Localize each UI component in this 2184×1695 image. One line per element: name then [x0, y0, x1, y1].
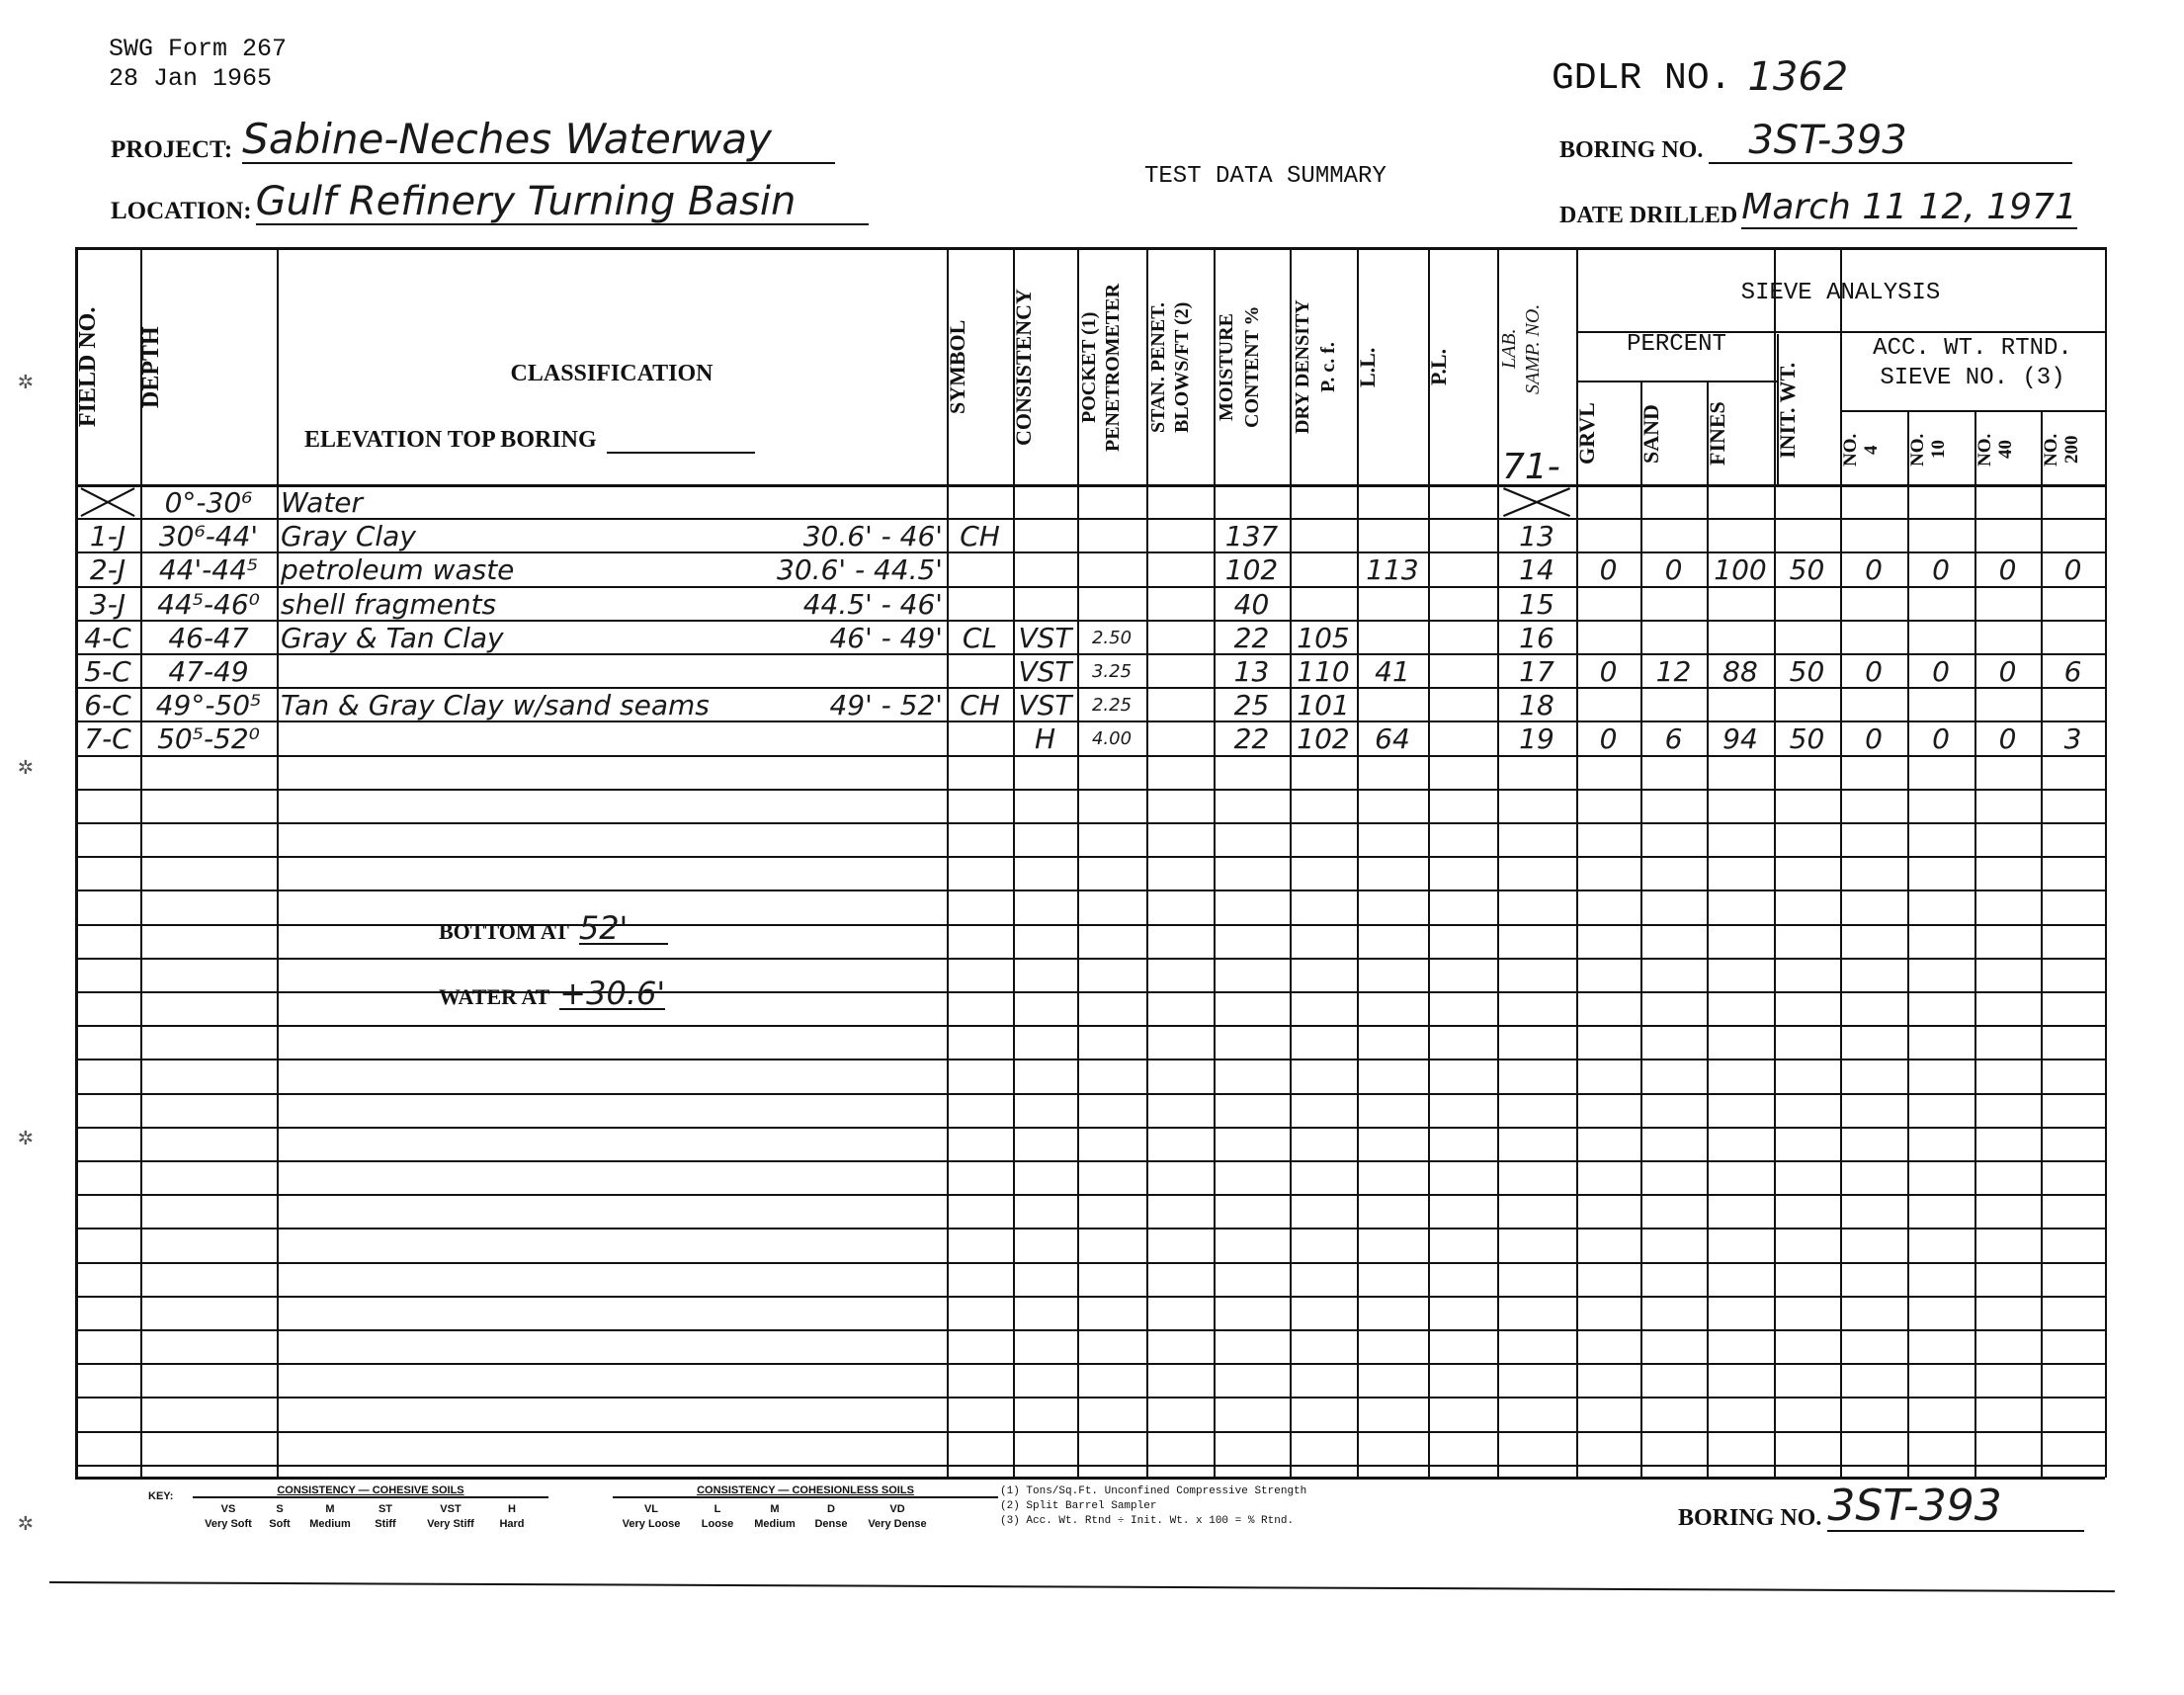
row-divider	[75, 1160, 2105, 1162]
cell-grvl	[1580, 622, 1637, 653]
key-cohesionless-title: CONSISTENCY — COHESIONLESS SOILS	[613, 1484, 998, 1498]
date-drilled-field: DATE DRILLED March 11 12, 1971	[1559, 188, 2077, 229]
key-abbr: M	[300, 1502, 360, 1517]
row-divider	[75, 1397, 2105, 1398]
form-date: 28 Jan 1965	[109, 65, 272, 93]
cell-grvl	[1580, 588, 1637, 620]
cell-no4: 0	[1844, 722, 1903, 754]
footer-boring-field: BORING NO. 3ST-393	[1678, 1483, 2084, 1532]
note-3: (3) Acc. Wt. Rtnd ÷ Init. Wt. x 100 = % …	[1000, 1514, 1306, 1529]
cell-depth-range: 49' - 52'	[593, 689, 943, 720]
cell-symbol	[951, 722, 1009, 754]
header-no10: NO. 10	[1907, 415, 1974, 484]
header-percent: PERCENT	[1576, 331, 1777, 358]
cell-init-wt: 50	[1778, 553, 1836, 585]
cell-init-wt	[1778, 486, 1836, 518]
bottom-at-value: 52'	[579, 913, 668, 945]
key-cohesive-title: CONSISTENCY — COHESIVE SOILS	[193, 1484, 548, 1498]
cell-no200: 6	[2045, 655, 2101, 687]
cell-consistency	[1017, 553, 1073, 585]
cell-dry-density	[1294, 486, 1353, 518]
cell-no10	[1911, 486, 1971, 518]
cell-sand: 6	[1644, 722, 1703, 754]
key-name: Soft	[259, 1517, 300, 1532]
key-name: Loose	[690, 1517, 745, 1532]
key-name: Very Dense	[858, 1517, 937, 1532]
elevation-label: ELEVATION TOP BORING	[304, 427, 597, 454]
binding-hole-mark: ✲	[18, 1507, 34, 1538]
row-divider	[75, 856, 2105, 858]
key-item: MMedium	[300, 1502, 360, 1532]
water-at-value: +30.6'	[559, 978, 665, 1010]
location-value: Gulf Refinery Turning Basin	[256, 180, 869, 225]
cell-depth: 47-49	[144, 655, 273, 687]
cell-lab-samp	[1501, 486, 1572, 518]
cell-stan	[1150, 553, 1210, 585]
key-item: DDense	[804, 1502, 858, 1532]
cell-lab-samp: 16	[1501, 622, 1572, 653]
cell-init-wt	[1778, 622, 1836, 653]
cell-grvl	[1580, 689, 1637, 720]
cell-fines	[1711, 520, 1770, 551]
cell-fines: 100	[1711, 553, 1770, 585]
key-abbr: VD	[858, 1502, 937, 1517]
cell-no40	[1978, 689, 2037, 720]
row-divider	[75, 1025, 2105, 1027]
cell-no4	[1844, 520, 1903, 551]
cell-symbol: CL	[951, 622, 1009, 653]
cell-depth: 0°-30⁶	[144, 486, 273, 518]
cell-pocket	[1081, 486, 1142, 518]
row-divider	[75, 1296, 2105, 1298]
cell-no40	[1978, 622, 2037, 653]
project-value: Sabine-Neches Waterway	[242, 117, 835, 164]
cell-pocket: 2.25	[1081, 689, 1142, 720]
cell-depth: 30⁶-44'	[144, 520, 273, 551]
cell-moisture	[1218, 486, 1286, 518]
key-name: Medium	[300, 1517, 360, 1532]
cell-pocket	[1081, 588, 1142, 620]
column-divider	[1357, 247, 1359, 1478]
cell-dry-density: 102	[1294, 722, 1353, 754]
cell-consistency: VST	[1017, 689, 1073, 720]
cell-grvl	[1580, 486, 1637, 518]
header-stan-penet: STAN. PENET. BLOWS/FT (2)	[1146, 250, 1214, 484]
cell-pocket: 2.50	[1081, 622, 1142, 653]
row-divider	[75, 822, 2105, 824]
cell-fines	[1711, 486, 1770, 518]
cell-ll	[1361, 689, 1424, 720]
row-divider	[75, 1363, 2105, 1365]
cell-grvl: 0	[1580, 722, 1637, 754]
bottom-at-field: BOTTOM AT 52'	[439, 913, 668, 945]
cell-stan	[1150, 689, 1210, 720]
bottom-at-label: BOTTOM AT	[439, 919, 569, 945]
cell-no10: 0	[1911, 722, 1971, 754]
cell-pocket	[1081, 520, 1142, 551]
key-label: KEY:	[148, 1490, 173, 1502]
header-init-wt: INIT. WT.	[1777, 336, 1840, 484]
cell-lab-samp: 18	[1501, 689, 1572, 720]
row-divider	[75, 1093, 2105, 1095]
column-divider	[140, 247, 142, 1478]
row-divider	[75, 1228, 2105, 1229]
project-label: PROJECT:	[111, 136, 232, 164]
cell-field-no: 1-J	[79, 520, 136, 551]
row-divider	[75, 890, 2105, 891]
row-divider	[75, 1059, 2105, 1060]
cell-no200	[2045, 486, 2101, 518]
cell-init-wt	[1778, 689, 1836, 720]
key-name: Hard	[490, 1517, 534, 1532]
cell-lab-samp: 15	[1501, 588, 1572, 620]
cell-consistency	[1017, 520, 1073, 551]
column-divider	[2041, 412, 2043, 1478]
cell-depth: 50⁵-52⁰	[144, 722, 273, 754]
cell-fines	[1711, 622, 1770, 653]
column-divider	[1907, 412, 1909, 1478]
key-notes: (1) Tons/Sq.Ft. Unconfined Compressive S…	[1000, 1484, 1306, 1529]
location-label: LOCATION:	[111, 198, 252, 225]
key-item: MMedium	[745, 1502, 804, 1532]
cell-no200: 0	[2045, 553, 2101, 585]
cell-ll	[1361, 486, 1424, 518]
cell-init-wt: 50	[1778, 722, 1836, 754]
key-cohesionless-list: VLVery LooseLLooseMMediumDDenseVDVery De…	[613, 1502, 937, 1532]
cell-pl	[1432, 520, 1493, 551]
cell-ll	[1361, 520, 1424, 551]
cell-ll: 64	[1361, 722, 1424, 754]
cell-no4	[1844, 486, 1903, 518]
cell-dry-density: 105	[1294, 622, 1353, 653]
cell-pocket: 3.25	[1081, 655, 1142, 687]
boring-value: 3ST-393	[1709, 119, 2072, 164]
gdlr-field: GDLR NO. 1362	[1552, 54, 1848, 100]
row-divider	[75, 1329, 2105, 1331]
cell-classification: Water	[281, 486, 943, 518]
cell-pl	[1432, 553, 1493, 585]
cell-grvl: 0	[1580, 655, 1637, 687]
key-abbr: L	[690, 1502, 745, 1517]
elevation-top-boring-field: ELEVATION TOP BORING	[304, 427, 755, 454]
cell-moisture: 102	[1218, 553, 1286, 585]
row-divider	[75, 755, 2105, 757]
cell-symbol	[951, 655, 1009, 687]
cell-lab-samp: 17	[1501, 655, 1572, 687]
cell-field-no: 3-J	[79, 588, 136, 620]
cell-lab-samp: 13	[1501, 520, 1572, 551]
cell-field-no	[79, 486, 136, 518]
key-abbr: VL	[613, 1502, 690, 1517]
binding-hole-mark: ✲	[18, 1122, 34, 1152]
key-abbr: VS	[198, 1502, 259, 1517]
cell-pl	[1432, 655, 1493, 687]
header-ll: L.L.	[1357, 250, 1428, 484]
cell-sand	[1644, 689, 1703, 720]
cross-out-icon	[1501, 486, 1572, 518]
header-consistency: CONSISTENCY	[1013, 250, 1077, 484]
cell-dry-density	[1294, 588, 1353, 620]
row-divider	[75, 1465, 2105, 1467]
cell-classification	[281, 722, 943, 754]
cell-symbol: CH	[951, 520, 1009, 551]
key-abbr: M	[745, 1502, 804, 1517]
header-pocket-penetrometer: POCKET (1) PENETROMETER	[1077, 250, 1146, 484]
cell-no10	[1911, 520, 1971, 551]
cell-stan	[1150, 486, 1210, 518]
cell-no10	[1911, 622, 1971, 653]
row-divider	[75, 1127, 2105, 1129]
header-lab-samp-no: LAB. SAMP. NO.	[1497, 250, 1556, 448]
cell-ll	[1361, 588, 1424, 620]
water-at-label: WATER AT	[439, 984, 549, 1010]
cell-stan	[1150, 622, 1210, 653]
row-divider	[75, 924, 2105, 926]
cell-fines	[1711, 588, 1770, 620]
header-depth: DEPTH	[140, 250, 277, 484]
cell-stan	[1150, 722, 1210, 754]
cell-init-wt	[1778, 588, 1836, 620]
cell-no4: 0	[1844, 655, 1903, 687]
cell-symbol	[951, 588, 1009, 620]
project-field: PROJECT: Sabine-Neches Waterway	[111, 117, 835, 164]
row-divider	[75, 1431, 2105, 1433]
page-bottom-rule	[49, 1581, 2115, 1592]
key-name: Very Soft	[198, 1517, 259, 1532]
header-classification: CLASSIFICATION	[277, 361, 947, 387]
key-item: VDVery Dense	[858, 1502, 937, 1532]
cell-no200	[2045, 689, 2101, 720]
boring-label: BORING NO.	[1559, 137, 1703, 164]
key-abbr: S	[259, 1502, 300, 1517]
cell-depth-range: 46' - 49'	[593, 622, 943, 653]
cell-pl	[1432, 689, 1493, 720]
acc-wt-divider	[1840, 410, 2105, 412]
cell-no40	[1978, 588, 2037, 620]
footer-boring-value: 3ST-393	[1827, 1483, 2084, 1532]
cell-no200: 3	[2045, 722, 2101, 754]
cell-sand	[1644, 622, 1703, 653]
column-divider	[1974, 412, 1976, 1478]
cell-field-no: 7-C	[79, 722, 136, 754]
key-abbr: ST	[360, 1502, 411, 1517]
header-sand: SAND	[1640, 383, 1707, 484]
cell-lab-samp: 14	[1501, 553, 1572, 585]
column-divider	[1428, 247, 1430, 1478]
cell-field-no: 5-C	[79, 655, 136, 687]
row-divider	[75, 1194, 2105, 1196]
row-divider	[75, 958, 2105, 960]
date-drilled-label: DATE DRILLED	[1559, 203, 1737, 229]
key-abbr: D	[804, 1502, 858, 1517]
column-divider	[1290, 247, 1292, 1478]
key-name: Dense	[804, 1517, 858, 1532]
table-bottom-border	[75, 1477, 2105, 1480]
cell-moisture: 137	[1218, 520, 1286, 551]
cell-depth-range: 30.6' - 44.5'	[593, 553, 943, 585]
cell-no200	[2045, 588, 2101, 620]
column-divider	[277, 247, 279, 1478]
header-no4: NO. 4	[1840, 415, 1907, 484]
header-no40: NO. 40	[1974, 415, 2041, 484]
key-item: VSVery Soft	[198, 1502, 259, 1532]
header-grvl: GRVL	[1576, 383, 1640, 484]
cell-moisture: 40	[1218, 588, 1286, 620]
key-item: VSTVery Stiff	[411, 1502, 490, 1532]
cell-field-no: 4-C	[79, 622, 136, 653]
cell-no10	[1911, 588, 1971, 620]
cell-no200	[2045, 622, 2101, 653]
cell-pocket: 4.00	[1081, 722, 1142, 754]
key-name: Stiff	[360, 1517, 411, 1532]
cross-out-icon	[79, 486, 136, 518]
cell-consistency: VST	[1017, 622, 1073, 653]
gdlr-value: 1362	[1747, 54, 1848, 100]
header-moisture-content: MOISTURE CONTENT %	[1214, 250, 1290, 484]
header-fines: FINES	[1707, 383, 1774, 484]
cell-grvl	[1580, 520, 1637, 551]
cell-pocket	[1081, 553, 1142, 585]
cell-dry-density	[1294, 553, 1353, 585]
cell-pl	[1432, 622, 1493, 653]
cell-dry-density: 101	[1294, 689, 1353, 720]
cell-symbol: CH	[951, 689, 1009, 720]
key-item: SSoft	[259, 1502, 300, 1532]
cell-lab-samp: 19	[1501, 722, 1572, 754]
cell-consistency	[1017, 588, 1073, 620]
cell-pl	[1432, 588, 1493, 620]
date-drilled-value: March 11 12, 1971	[1741, 188, 2077, 229]
key-name: Very Stiff	[411, 1517, 490, 1532]
init-wt-left-border	[1777, 334, 1779, 487]
key-item: VLVery Loose	[613, 1502, 690, 1532]
cell-fines: 94	[1711, 722, 1770, 754]
cell-no4	[1844, 622, 1903, 653]
row-divider	[75, 1262, 2105, 1264]
cell-symbol	[951, 486, 1009, 518]
column-divider	[1013, 247, 1015, 1478]
header-field-no: FIELD NO.	[77, 250, 140, 484]
header-symbol: SYMBOL	[947, 250, 1013, 484]
header-acc-wt-line1: ACC. WT. RTND.	[1840, 334, 2105, 364]
header-dry-density: DRY DENSITY P. c. f.	[1290, 250, 1357, 484]
cell-fines	[1711, 689, 1770, 720]
cell-ll: 41	[1361, 655, 1424, 687]
key-item: HHard	[490, 1502, 534, 1532]
cell-moisture: 13	[1218, 655, 1286, 687]
column-divider	[1146, 247, 1148, 1478]
note-1: (1) Tons/Sq.Ft. Unconfined Compressive S…	[1000, 1484, 1306, 1499]
cell-no10	[1911, 689, 1971, 720]
cell-depth: 44⁵-46⁰	[144, 588, 273, 620]
percent-divider	[1576, 381, 1777, 382]
cell-init-wt	[1778, 520, 1836, 551]
binding-hole-mark: ✲	[18, 366, 34, 396]
gdlr-label: GDLR NO.	[1552, 57, 1731, 100]
cell-depth: 44'-44⁵	[144, 553, 273, 585]
cell-moisture: 25	[1218, 689, 1286, 720]
elevation-blank	[607, 452, 755, 454]
key-item: STStiff	[360, 1502, 411, 1532]
cell-stan	[1150, 520, 1210, 551]
water-at-field: WATER AT +30.6'	[439, 978, 665, 1010]
key-abbr: VST	[411, 1502, 490, 1517]
page-title: TEST DATA SUMMARY	[1144, 163, 1386, 190]
cell-dry-density: 110	[1294, 655, 1353, 687]
cell-no40	[1978, 486, 2037, 518]
lab-samp-prefix: 71-	[1502, 447, 1560, 487]
cell-consistency: VST	[1017, 655, 1073, 687]
header-pl: P.L.	[1428, 250, 1497, 484]
cell-fines: 88	[1711, 655, 1770, 687]
cell-classification	[281, 655, 943, 687]
key-cohesive-list: VSVery SoftSSoftMMediumSTStiffVSTVery St…	[198, 1502, 534, 1532]
cell-ll	[1361, 622, 1424, 653]
column-divider	[1707, 382, 1709, 1478]
cell-no4	[1844, 689, 1903, 720]
cell-ll: 113	[1361, 553, 1424, 585]
cell-moisture: 22	[1218, 722, 1286, 754]
header-no200: NO. 200	[2041, 415, 2105, 484]
cell-no40	[1978, 520, 2037, 551]
header-acc-wt: ACC. WT. RTND. SIEVE NO. (3)	[1840, 334, 2105, 393]
row-divider	[75, 789, 2105, 791]
cell-field-no: 2-J	[79, 553, 136, 585]
column-divider	[1576, 247, 1578, 1478]
header-sieve-no: SIEVE NO. (3)	[1840, 364, 2105, 393]
cell-no40: 0	[1978, 553, 2037, 585]
cell-depth: 46-47	[144, 622, 273, 653]
cell-no4	[1844, 588, 1903, 620]
cell-sand	[1644, 520, 1703, 551]
cell-sand: 12	[1644, 655, 1703, 687]
column-divider	[1774, 247, 1776, 1478]
note-2: (2) Split Barrel Sampler	[1000, 1499, 1306, 1514]
cell-symbol	[951, 553, 1009, 585]
cell-grvl: 0	[1580, 553, 1637, 585]
column-divider	[2105, 247, 2107, 1478]
boring-field: BORING NO. 3ST-393	[1559, 119, 2072, 164]
footer-boring-label: BORING NO.	[1678, 1505, 1821, 1532]
key-name: Very Loose	[613, 1517, 690, 1532]
cell-no40: 0	[1978, 722, 2037, 754]
row-divider	[75, 991, 2105, 993]
column-divider	[1214, 247, 1216, 1478]
cell-init-wt: 50	[1778, 655, 1836, 687]
column-divider	[947, 247, 949, 1478]
key-item: LLoose	[690, 1502, 745, 1532]
cell-consistency	[1017, 486, 1073, 518]
key-name: Medium	[745, 1517, 804, 1532]
cell-sand	[1644, 588, 1703, 620]
location-field: LOCATION: Gulf Refinery Turning Basin	[111, 180, 869, 225]
cell-no200	[2045, 520, 2101, 551]
key-abbr: H	[490, 1502, 534, 1517]
cell-sand	[1644, 486, 1703, 518]
cell-depth: 49°-50⁵	[144, 689, 273, 720]
column-divider	[1840, 247, 1842, 1478]
cell-depth-range: 44.5' - 46'	[593, 588, 943, 620]
cell-moisture: 22	[1218, 622, 1286, 653]
cell-sand: 0	[1644, 553, 1703, 585]
cell-stan	[1150, 655, 1210, 687]
cell-no40: 0	[1978, 655, 2037, 687]
cell-consistency: H	[1017, 722, 1073, 754]
cell-no10: 0	[1911, 655, 1971, 687]
cell-stan	[1150, 588, 1210, 620]
cell-no4: 0	[1844, 553, 1903, 585]
column-divider	[1640, 382, 1642, 1478]
